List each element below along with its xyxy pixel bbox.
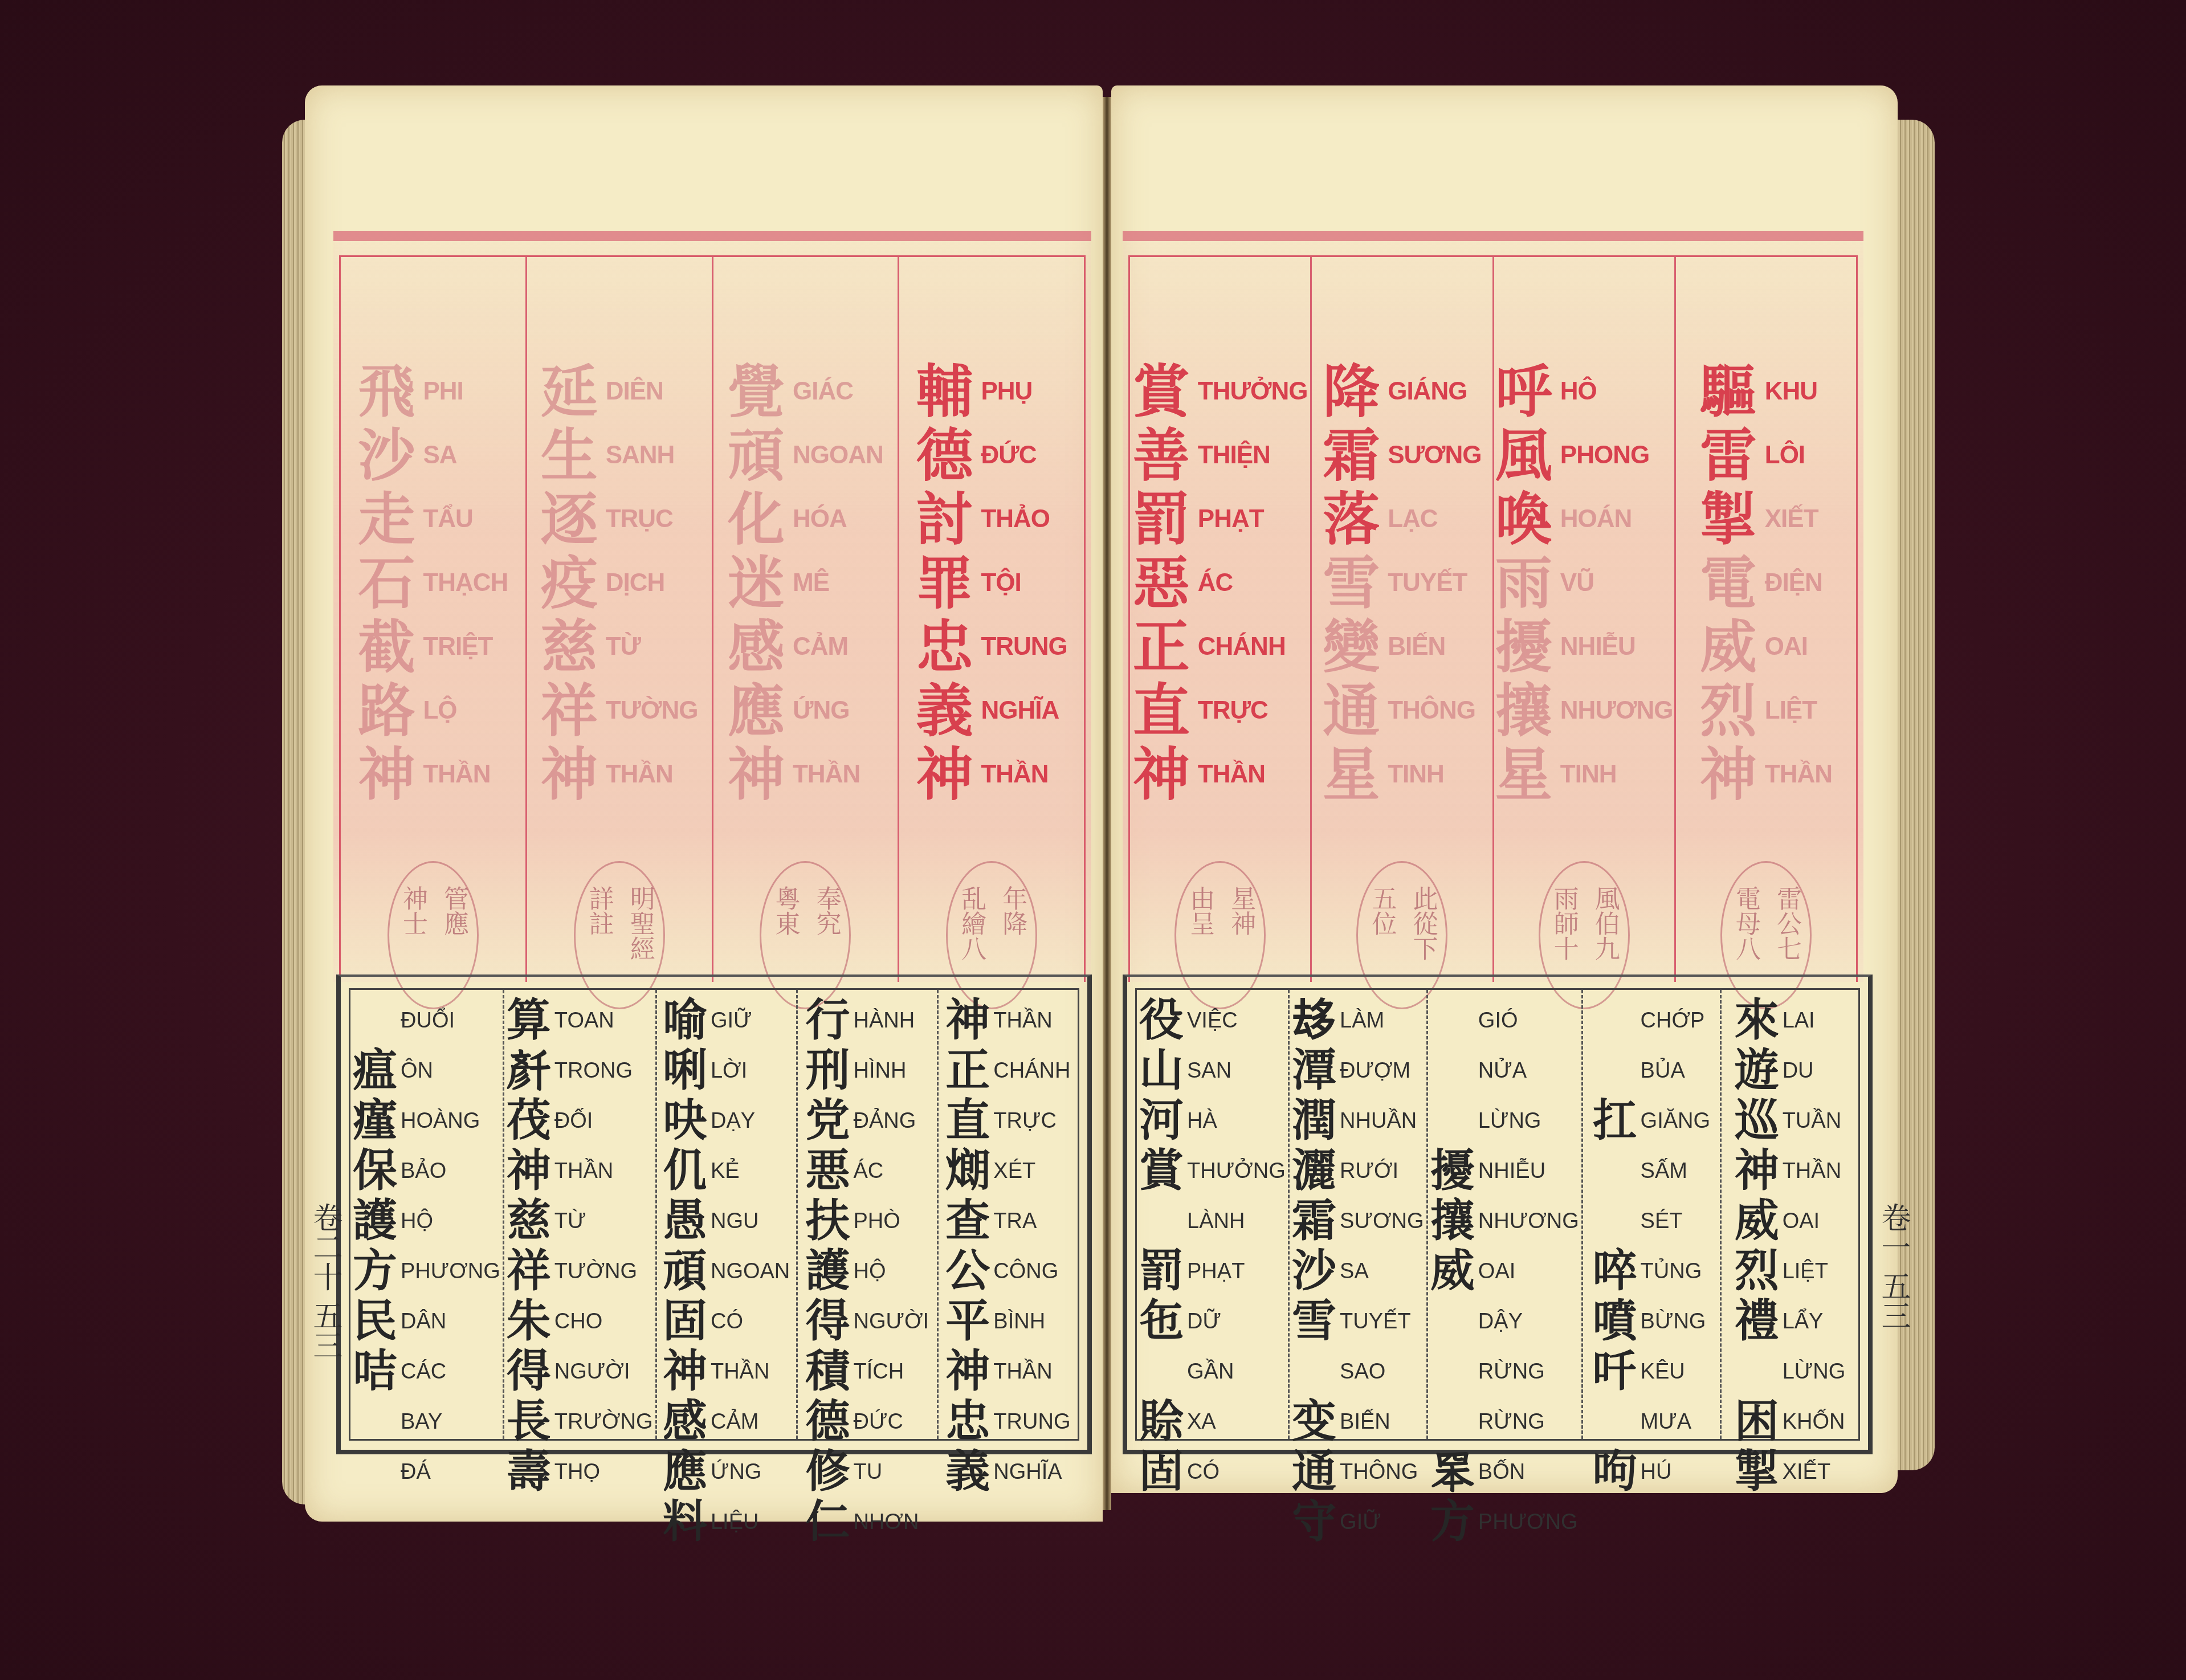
han-char: 正 [945, 1046, 990, 1096]
han-char: 𩅜 [1430, 1347, 1475, 1397]
han-char: 慈 [541, 615, 598, 679]
reading-word: NHIỄU [1478, 1146, 1579, 1196]
han-char: 直 [1133, 679, 1190, 743]
verse-column: 役山河賞𢢲罰㐌𧵑賒固VIỆCSANHÀTHƯỞNGLÀNHPHẠTDỮGẦNXA… [1137, 990, 1290, 1439]
han-char: 慈 [507, 1196, 551, 1246]
red-column: 覺頑化迷感應神GIÁCNGOANHÓAMÊCẢMỨNGTHẦN奉究粵東 [713, 257, 900, 982]
reading-word: TỦNG [1641, 1246, 1710, 1296]
reading-word: ĐỨC [981, 423, 1067, 487]
han-char: 忠 [916, 615, 973, 679]
reading-word: THƯỞNG [1187, 1146, 1286, 1196]
reading-word: THƯỞNG [1198, 360, 1308, 423]
reading-word: LÀNH [1187, 1196, 1286, 1246]
reading-word: OAI [1783, 1196, 1846, 1246]
han-char: 𧵑 [1139, 1347, 1184, 1397]
reading-word: THẦN [1765, 743, 1832, 806]
reading-word: SAN [1187, 1046, 1286, 1096]
han-char: 神 [728, 743, 785, 806]
quoc-ngu-verse: THẦNCHÁNHTRỰCXÉTTRACÔNGBÌNHTHẦNTRUNGNGHĨ… [993, 996, 1070, 1433]
reading-word: ĐỐI [554, 1096, 653, 1146]
left-black-register: 𨅸瘟瘽保護方民咭𩙻𥗾ĐUỔIÔNHOÀNGBẢOHỘPHƯƠNGDÂNCÁCBA… [336, 974, 1092, 1454]
han-char: 得 [507, 1347, 551, 1397]
left-red-register: 飛沙走石截路神PHISATẨUTHẠCHTRIỆTLỘTHẦN管應神士延生逐疫慈… [333, 231, 1091, 982]
han-char: 方 [353, 1246, 397, 1296]
reading-word: SAO [1340, 1347, 1424, 1397]
han-char: 逐 [541, 487, 598, 551]
reading-word: LÀM [1340, 996, 1424, 1046]
han-char: 電 [1700, 551, 1757, 615]
han-char: 喻 [663, 996, 707, 1046]
han-char: 掣 [1735, 1447, 1779, 1497]
quoc-ngu-verse: ĐUỔIÔNHOÀNGBẢOHỘPHƯƠNGDÂNCÁCBAYĐÁ [401, 996, 500, 1433]
reading-word: THẦN [711, 1347, 790, 1397]
reading-word: RƯỚI [1340, 1146, 1424, 1196]
reading-word: ĐÁ [401, 1447, 500, 1497]
reading-word: GẦN [1187, 1347, 1286, 1397]
reading-word: VŨ [1560, 551, 1673, 615]
reading-word: XA [1187, 1397, 1286, 1447]
reading-word: TỘI [981, 551, 1067, 615]
reading-word: THẦN [554, 1146, 653, 1196]
reading-word: ĐỨC [853, 1397, 929, 1447]
reading-word: KHỐN [1783, 1397, 1846, 1447]
red-column: 呼風喚雨擾攘星HÔPHONGHOÁNVŨNHIỄUNHƯƠNGTINH風伯九雨師… [1494, 257, 1676, 982]
han-char: 霜 [1323, 423, 1380, 487]
reading-word: LIỆU [711, 1497, 790, 1547]
han-char: 擾 [1495, 615, 1552, 679]
reading-word: TRƯỜNG [554, 1397, 653, 1447]
red-column: 輔德討罪忠義神PHỤĐỨCTHẢOTỘITRUNGNGHĨATHẦN年降乱繪八 [899, 257, 1084, 982]
han-char: 变 [1292, 1397, 1336, 1447]
han-char: 德 [805, 1397, 850, 1447]
han-char: 呼 [1495, 360, 1552, 423]
han-char: 神 [1700, 743, 1757, 806]
han-nom-verse: 𠫾潭潤灑霜沙雪𨕭变通守 [1292, 996, 1336, 1433]
verse-column: 行刑党悪扶護得積德修仁HÀNHHÌNHĐẢNGÁCPHÒHỘNGƯỜITÍCHĐ… [798, 990, 939, 1439]
han-char: 沙 [1292, 1246, 1336, 1296]
han-char: 迷 [728, 551, 785, 615]
reading-word: BÌNH [993, 1296, 1070, 1347]
reading-word: GIÓ [1478, 996, 1579, 1046]
reading-word: BỪNG [1641, 1296, 1710, 1347]
reading-word: GIĂNG [1641, 1096, 1710, 1146]
han-char: 威 [1430, 1246, 1475, 1296]
han-char: 直 [945, 1096, 990, 1146]
reading-word: GIÁNG [1388, 360, 1481, 423]
han-char: 山 [1139, 1046, 1184, 1096]
han-char: 扛 [1593, 1096, 1637, 1146]
han-char: 威 [1735, 1196, 1779, 1246]
reading-word: LỘ [423, 679, 508, 743]
verse-pair: 役山河賞𢢲罰㐌𧵑賒固VIỆCSANHÀTHƯỞNGLÀNHPHẠTDỮGẦNXA… [1139, 996, 1286, 1433]
reading-word: BIẾN [1340, 1397, 1424, 1447]
reading-word: PHẠT [1187, 1246, 1286, 1296]
reading-word: TINH [1560, 743, 1673, 806]
han-char: 雪 [1292, 1296, 1336, 1347]
han-char: 𦊚 [1430, 1447, 1475, 1497]
han-char: 惡 [1133, 551, 1190, 615]
han-characters: 呼風喚雨擾攘星 [1495, 360, 1552, 982]
han-char: 固 [663, 1296, 707, 1347]
reading-word: ÔN [401, 1046, 500, 1096]
han-char: 護 [353, 1196, 397, 1246]
verse-pair: 算𠦳茷神慈祥朱得長壽TOANTRONGĐỐITHẦNTỪTƯỜNGCHONGƯỜ… [507, 996, 653, 1433]
verse-column: 來遊巡神威烈禮𩁮困掣LAIDUTUẦNTHẦNOAILIỆTLẨYLỪNGKHỐ… [1722, 990, 1858, 1439]
han-char: 河 [1139, 1096, 1184, 1146]
han-nom-verse: 來遊巡神威烈禮𩁮困掣 [1735, 996, 1779, 1433]
han-char: 瘽 [353, 1096, 397, 1146]
han-char: 茷 [507, 1096, 551, 1146]
han-char: 𩆷 [1593, 1146, 1637, 1196]
reading-word: RỪNG [1478, 1347, 1579, 1397]
reading-word: BỦA [1641, 1046, 1710, 1096]
han-char: 民 [353, 1296, 397, 1347]
han-char: 朱 [507, 1296, 551, 1347]
han-char: 𩅜 [1430, 1397, 1475, 1447]
reading-word: TẨU [423, 487, 508, 551]
han-char: 修 [805, 1447, 850, 1497]
reading-word: TINH [1388, 743, 1481, 806]
reading-word: LẨY [1783, 1296, 1846, 1347]
han-char: 𩆐 [1593, 1046, 1637, 1096]
verse-column: 𩄴𩆐扛𩆷𩂟啐噴吀𩄎呴CHỚPBỦAGIĂNGSẤMSÉTTỦNGBỪNGKÊUM… [1583, 990, 1722, 1439]
reading-word: ỨNG [793, 679, 883, 743]
han-char: 截 [358, 615, 415, 679]
reading-word: NHIỄU [1560, 615, 1673, 679]
han-char: 得 [805, 1296, 850, 1347]
reading-word: HÌNH [853, 1046, 929, 1096]
han-char: 𠦳 [507, 1046, 551, 1096]
quoc-ngu-verse: CHỚPBỦAGIĂNGSẤMSÉTTỦNGBỪNGKÊUMƯAHÚ [1641, 996, 1710, 1433]
han-char: 善 [1133, 423, 1190, 487]
han-char: 輔 [916, 360, 973, 423]
han-char: 頑 [663, 1246, 707, 1296]
reading-word: DẠY [711, 1096, 790, 1146]
reading-word: HOÁN [1560, 487, 1673, 551]
verse-pair: 行刑党悪扶護得積德修仁HÀNHHÌNHĐẢNGÁCPHÒHỘNGƯỜITÍCHĐ… [805, 996, 929, 1433]
reading-word: NHƯƠNG [1478, 1196, 1579, 1246]
reading-word: LỜI [711, 1046, 790, 1096]
reading-word: PHI [423, 360, 508, 423]
verse-pair: 𩄴𩆐扛𩆷𩂟啐噴吀𩄎呴CHỚPBỦAGIĂNGSẤMSÉTTỦNGBỪNGKÊUM… [1593, 996, 1710, 1433]
quoc-ngu-verse: HÀNHHÌNHĐẢNGÁCPHÒHỘNGƯỜITÍCHĐỨCTUNHƠN [853, 996, 929, 1433]
han-char: 星 [1323, 743, 1380, 806]
reading-word: CẢM [793, 615, 883, 679]
reading-word: PHỤ [981, 360, 1067, 423]
reading-word: NỬA [1478, 1046, 1579, 1096]
reading-word: HOÀNG [401, 1096, 500, 1146]
reading-word: TRONG [554, 1046, 653, 1096]
verse-pair: 神正直𤎜查公平神忠義THẦNCHÁNHTRỰCXÉTTRACÔNGBÌNHTHẦ… [945, 996, 1070, 1433]
reading-word: PHONG [1560, 423, 1673, 487]
han-char: 霜 [1292, 1196, 1336, 1246]
han-char: 困 [1735, 1397, 1779, 1447]
han-char: 神 [507, 1146, 551, 1196]
open-book: 飛沙走石截路神PHISATẨUTHẠCHTRIỆTLỘTHẦN管應神士延生逐疫慈… [282, 85, 1935, 1533]
verse-column: 神正直𤎜查公平神忠義THẦNCHÁNHTRỰCXÉTTRACÔNGBÌNHTHẦ… [939, 990, 1078, 1439]
han-char: 積 [805, 1347, 850, 1397]
han-char: 正 [1133, 615, 1190, 679]
reading-word: TRUNG [981, 615, 1067, 679]
reading-word: TRUNG [993, 1397, 1070, 1447]
quoc-ngu-verse: GIỮLỜIDẠYKẺNGUNGOANCÓTHẦNCẢMỨNGLIỆU [711, 996, 790, 1433]
reading-word: LÔI [1765, 423, 1832, 487]
verse-pair: 𩙍𡛔𡎥擾攘威𧼋𩅜𩅜𦊚方GIÓNỬALỪNGNHIỄUNHƯƠNGOAIDẬYRỪ… [1430, 996, 1579, 1433]
han-char: 守 [1292, 1497, 1336, 1547]
han-char: 查 [945, 1196, 990, 1246]
reading-word: TRỤC [606, 487, 698, 551]
reading-word: TRA [993, 1196, 1070, 1246]
han-char: 落 [1323, 487, 1380, 551]
han-char: 德 [916, 423, 973, 487]
reading-word: BẢO [401, 1146, 500, 1196]
reading-word: CÁC [401, 1347, 500, 1397]
han-char: 應 [663, 1447, 707, 1497]
reading-word: GIÁC [793, 360, 883, 423]
reading-word: NGOAN [711, 1246, 790, 1296]
right-black-columns: 役山河賞𢢲罰㐌𧵑賒固VIỆCSANHÀTHƯỞNGLÀNHPHẠTDỮGẦNXA… [1135, 988, 1860, 1441]
han-char: 神 [1735, 1146, 1779, 1196]
han-char: 疫 [541, 551, 598, 615]
reading-word: NGU [711, 1196, 790, 1246]
reading-word: ÁC [853, 1146, 929, 1196]
han-char: 料 [663, 1497, 707, 1547]
reading-word: HỘ [853, 1246, 929, 1296]
reading-word: LỪNG [1478, 1096, 1579, 1146]
han-char: 雪 [1323, 551, 1380, 615]
red-column: 降霜落雪變通星GIÁNGSƯƠNGLẠCTUYẾTBIẾNTHÔNGTINH此從… [1312, 257, 1494, 982]
reading-word: TƯỜNG [554, 1246, 653, 1296]
reading-word: ỨNG [711, 1447, 790, 1497]
reading-word: TỪ [554, 1196, 653, 1246]
reading-word: HÚ [1641, 1447, 1710, 1497]
reading-word: TOAN [554, 996, 653, 1046]
reading-word: GIỮ [1340, 1497, 1424, 1547]
han-char: 仁 [805, 1497, 850, 1547]
han-char: 咭 [353, 1347, 397, 1397]
han-char: 神 [358, 743, 415, 806]
reading-word: SA [1340, 1246, 1424, 1296]
reading-word: CHO [554, 1296, 653, 1347]
han-char: 役 [1139, 996, 1184, 1046]
reading-word: LIỆT [1765, 679, 1832, 743]
han-char: 扶 [805, 1196, 850, 1246]
han-char: 生 [541, 423, 598, 487]
reading-word: THẦN [981, 743, 1067, 806]
han-nom-verse: 𩄴𩆐扛𩆷𩂟啐噴吀𩄎呴 [1593, 996, 1637, 1433]
verse-column: 𩙍𡛔𡎥擾攘威𧼋𩅜𩅜𦊚方GIÓNỬALỪNGNHIỄUNHƯƠNGOAIDẬYRỪ… [1428, 990, 1583, 1439]
reading-word: PHÒ [853, 1196, 929, 1246]
han-char: 神 [945, 1347, 990, 1397]
han-char: 神 [663, 1347, 707, 1397]
han-char: 𩙻 [353, 1397, 397, 1447]
reading-word: HÀNH [853, 996, 929, 1046]
han-char: 潤 [1292, 1096, 1336, 1146]
reading-word: ĐƯỢM [1340, 1046, 1424, 1096]
reading-word: GIỮ [711, 996, 790, 1046]
verse-pair: 來遊巡神威烈禮𩁮困掣LAIDUTUẦNTHẦNOAILIỆTLẨYLỪNGKHỐ… [1735, 996, 1846, 1433]
reading-word: LIỆT [1783, 1246, 1846, 1296]
reading-word: TUYẾT [1340, 1296, 1424, 1347]
reading-word: ĐIỆN [1765, 551, 1832, 615]
reading-word: NGƯỜI [554, 1347, 653, 1397]
reading-word: VIỆC [1187, 996, 1286, 1046]
reading-word: HỘ [401, 1196, 500, 1246]
han-char: 驅 [1700, 360, 1757, 423]
reading-word: NGHĨA [993, 1447, 1070, 1497]
reading-word: KHU [1765, 360, 1832, 423]
reading-word: OAI [1765, 615, 1832, 679]
right-margin-label: 卷一 五三 [1872, 1202, 1915, 1331]
verse-pair: 𨅸瘟瘽保護方民咭𩙻𥗾ĐUỔIÔNHOÀNGBẢOHỘPHƯƠNGDÂNCÁCBA… [353, 996, 500, 1433]
reading-word: ĐẢNG [853, 1096, 929, 1146]
han-nom-verse: 役山河賞𢢲罰㐌𧵑賒固 [1139, 996, 1184, 1433]
han-char: 罰 [1139, 1246, 1184, 1296]
reading-word: NHUẦN [1340, 1096, 1424, 1146]
reading-word: PHƯƠNG [1478, 1497, 1579, 1547]
reading-word: DẬY [1478, 1296, 1579, 1347]
reading-word: KÊU [1641, 1347, 1710, 1397]
han-char: 祥 [507, 1246, 551, 1296]
reading-word: TÍCH [853, 1347, 929, 1397]
han-nom-verse: 算𠦳茷神慈祥朱得長壽 [507, 996, 551, 1433]
han-char: 刑 [805, 1046, 850, 1096]
han-char: 賞 [1139, 1146, 1184, 1196]
reading-word: ĐUỔI [401, 996, 500, 1046]
reading-word: THẢO [981, 487, 1067, 551]
han-char: 掣 [1700, 487, 1757, 551]
han-char: 攘 [1430, 1196, 1475, 1246]
han-char: 㐌 [1139, 1296, 1184, 1347]
han-char: 威 [1700, 615, 1757, 679]
han-char: 路 [358, 679, 415, 743]
han-char: 義 [916, 679, 973, 743]
reading-word: THẦN [606, 743, 698, 806]
reading-word: THÔNG [1388, 679, 1481, 743]
han-char: 感 [728, 615, 785, 679]
han-char: 方 [1430, 1497, 1475, 1547]
book-gutter [1103, 97, 1111, 1510]
right-page: 賞善罰惡正直神THƯỞNGTHIỆNPHẠTÁCCHÁNHTRỰCTHẦN星神由… [1111, 85, 1898, 1493]
han-char: 忠 [945, 1397, 990, 1447]
han-char: 烈 [1735, 1246, 1779, 1296]
reading-word: CHỚP [1641, 996, 1710, 1046]
han-nom-verse: 神正直𤎜查公平神忠義 [945, 996, 990, 1433]
reading-word: NGƯỜI [853, 1296, 929, 1347]
red-column: 賞善罰惡正直神THƯỞNGTHIỆNPHẠTÁCCHÁNHTRỰCTHẦN星神由… [1130, 257, 1312, 982]
reading-word: XIẾT [1765, 487, 1832, 551]
han-char: 吷 [663, 1096, 707, 1146]
red-column: 延生逐疫慈祥神DIÊNSANHTRỤCDỊCHTỪTƯỜNGTHẦN明聖經詳註 [527, 257, 713, 982]
left-red-columns: 飛沙走石截路神PHISATẨUTHẠCHTRIỆTLỘTHẦN管應神士延生逐疫慈… [339, 255, 1086, 982]
right-red-register: 賞善罰惡正直神THƯỞNGTHIỆNPHẠTÁCCHÁNHTRỰCTHẦN星神由… [1123, 231, 1863, 982]
reading-word: PHƯƠNG [401, 1246, 500, 1296]
reading-word: LẠC [1388, 487, 1481, 551]
han-char: 公 [945, 1246, 990, 1296]
verse-column: 算𠦳茷神慈祥朱得長壽TOANTRONGĐỐITHẦNTỪTƯỜNGCHONGƯỜ… [504, 990, 657, 1439]
han-char: 党 [805, 1096, 850, 1146]
reading-word: MƯA [1641, 1397, 1710, 1447]
reading-word: SANH [606, 423, 698, 487]
reading-word: TRỰC [1198, 679, 1308, 743]
han-char: 遊 [1735, 1046, 1779, 1096]
han-char: 賒 [1139, 1397, 1184, 1447]
reading-word: LỪNG [1783, 1347, 1846, 1397]
red-column: 飛沙走石截路神PHISATẨUTHẠCHTRIỆTLỘTHẦN管應神士 [341, 257, 527, 982]
han-char: 呴 [1593, 1447, 1637, 1497]
han-nom-verse: 行刑党悪扶護得積德修仁 [805, 996, 850, 1433]
reading-word: THẠCH [423, 551, 508, 615]
reading-word: THẦN [1783, 1146, 1846, 1196]
reading-word: TƯỜNG [606, 679, 698, 743]
han-char: 沙 [358, 423, 415, 487]
reading-word: DỊCH [606, 551, 698, 615]
reading-word: LAI [1783, 996, 1846, 1046]
reading-word: SÉT [1641, 1196, 1710, 1246]
han-char: 保 [353, 1146, 397, 1196]
han-char: 頑 [728, 423, 785, 487]
han-char: 𡛔 [1430, 1046, 1475, 1096]
han-char: 𢢲 [1139, 1196, 1184, 1246]
reading-word: THẦN [793, 743, 883, 806]
reading-word: CHÁNH [993, 1046, 1070, 1096]
han-char: 算 [507, 996, 551, 1046]
han-char: 神 [945, 996, 990, 1046]
han-char: 來 [1735, 996, 1779, 1046]
reading-word: THẦN [993, 996, 1070, 1046]
han-char: 啐 [1593, 1246, 1637, 1296]
reading-word: CÓ [1187, 1447, 1286, 1497]
han-nom-verse: 𨅸瘟瘽保護方民咭𩙻𥗾 [353, 996, 397, 1433]
han-char: 神 [1133, 743, 1190, 806]
han-char: 潭 [1292, 1046, 1336, 1096]
reading-word: THẦN [993, 1347, 1070, 1397]
reading-word: CÓ [711, 1296, 790, 1347]
reading-word: XIẾT [1783, 1447, 1846, 1497]
verse-column: 𠫾潭潤灑霜沙雪𨕭变通守LÀMĐƯỢMNHUẦNRƯỚISƯƠNGSATUYẾTS… [1290, 990, 1428, 1439]
reading-word: TỪ [606, 615, 698, 679]
han-char: 罰 [1133, 487, 1190, 551]
reading-word: THIỆN [1198, 423, 1308, 487]
han-char: 𨕭 [1292, 1347, 1336, 1397]
quoc-ngu-verse: LAIDUTUẦNTHẦNOAILIỆTLẨYLỪNGKHỐNXIẾT [1783, 996, 1846, 1433]
han-char: 星 [1495, 743, 1552, 806]
reading-word: CẢM [711, 1397, 790, 1447]
reading-word: BIẾN [1388, 615, 1481, 679]
han-char: 𩄎 [1593, 1397, 1637, 1447]
han-char: 石 [358, 551, 415, 615]
han-char: 攘 [1495, 679, 1552, 743]
reading-word: PHẠT [1198, 487, 1308, 551]
left-page: 飛沙走石截路神PHISATẨUTHẠCHTRIỆTLỘTHẦN管應神士延生逐疫慈… [305, 85, 1103, 1522]
han-char: 唎 [663, 1046, 707, 1096]
reading-word: CÔNG [993, 1246, 1070, 1296]
verse-column: 喻唎吷仉愚頑固神感應料GIỮLỜIDẠYKẺNGUNGOANCÓTHẦNCẢMỨ… [657, 990, 798, 1439]
reading-word: SẤM [1641, 1146, 1710, 1196]
han-char: 烈 [1700, 679, 1757, 743]
reading-word: MÊ [793, 551, 883, 615]
han-char: 喚 [1495, 487, 1552, 551]
han-char: 擾 [1430, 1146, 1475, 1196]
han-char: 噴 [1593, 1296, 1637, 1347]
reading-word: DU [1783, 1046, 1846, 1096]
reading-word: SƯƠNG [1340, 1196, 1424, 1246]
reading-word: CHÁNH [1198, 615, 1308, 679]
han-char: 𨅸 [353, 996, 397, 1046]
han-char: 應 [728, 679, 785, 743]
han-char: 𠫾 [1292, 996, 1336, 1046]
reading-word: RỪNG [1478, 1397, 1579, 1447]
